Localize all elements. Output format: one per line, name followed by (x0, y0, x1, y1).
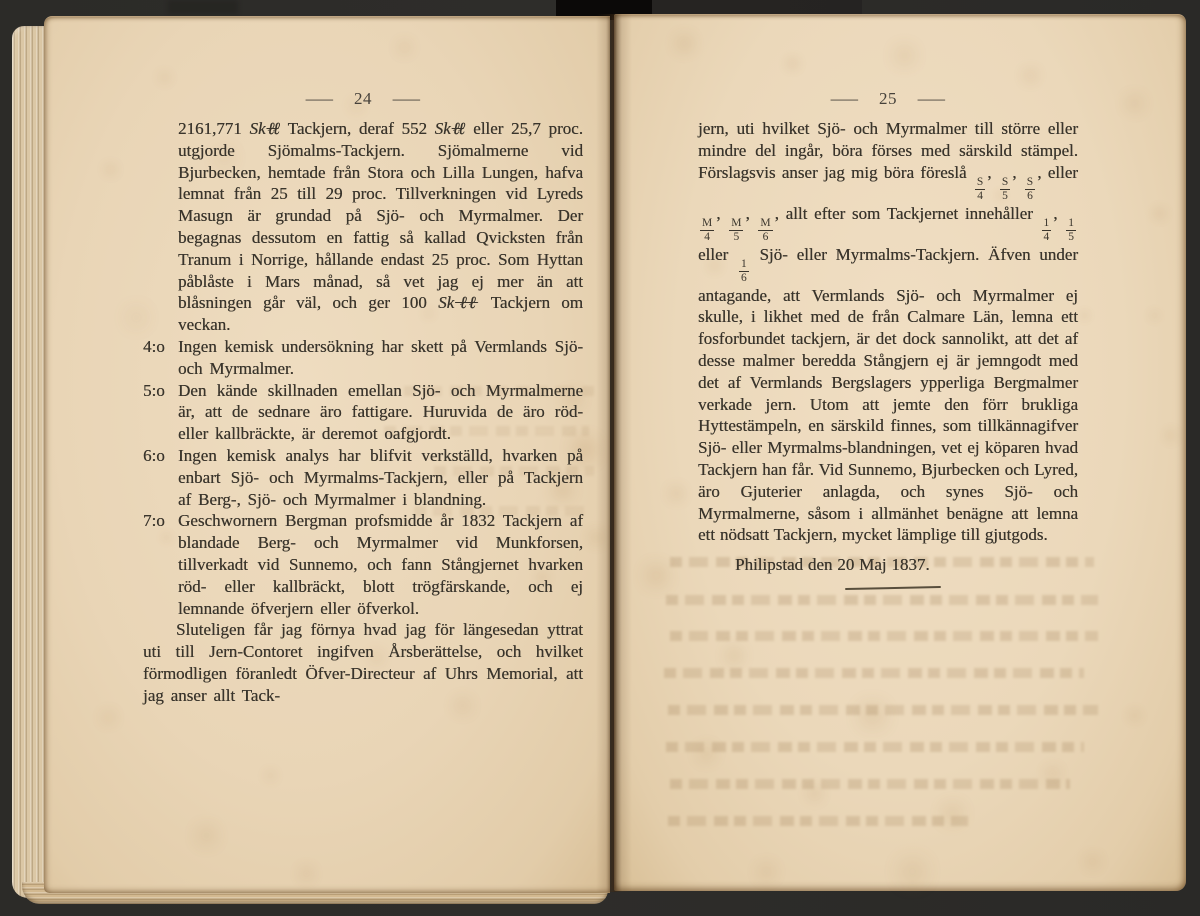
bleedthrough-line (666, 742, 1084, 752)
page-25-header: — 25 — (698, 89, 1078, 109)
bleedthrough-line (670, 631, 1098, 641)
page-24-header: — 24 — (143, 89, 583, 109)
list-item-text: Ingen kemisk analys har blifvit verkstäl… (178, 445, 583, 510)
page-24: — 24 — 2161,771 Skℓℓ Tackjern, deraf 552… (44, 16, 610, 893)
list-item-marker: 6:o (143, 445, 178, 510)
paragraph-continuation: 2161,771 Skℓℓ Tackjern, deraf 552 Skℓℓ e… (178, 118, 583, 336)
page-number-24: 24 (354, 89, 372, 109)
page-24-text-column: 2161,771 Skℓℓ Tackjern, deraf 552 Skℓℓ e… (143, 118, 583, 707)
foxing-stains (614, 15, 615, 16)
closing-paragraph: Sluteligen får jag förnya hvad jag för l… (143, 619, 583, 706)
header-dash-right: — (918, 89, 946, 109)
list-item-6: 6:o Ingen kemisk analys har blifvit verk… (143, 445, 583, 510)
header-dash-left: — (305, 89, 333, 109)
list-item-marker: 4:o (143, 336, 178, 380)
background-streak (168, 0, 238, 14)
foxing-stains (44, 17, 45, 18)
list-item-text: Geschwornern Bergman profsmidde år 1832 … (178, 510, 583, 619)
list-item-text: Ingen kemisk undersökning har skett på V… (178, 336, 583, 380)
page-number-25: 25 (879, 89, 897, 109)
bleedthrough-line (668, 705, 1098, 715)
list-item-text: Den kände skillnaden emellan Sjö- och My… (178, 380, 583, 445)
dateline: Philipstad den 20 Maj 1837. (735, 554, 1078, 576)
bleedthrough-line (670, 779, 1070, 789)
page-25: — 25 — jern, uti hvilket Sjö- och Myrmal… (614, 14, 1186, 891)
list-item-4: 4:o Ingen kemisk undersökning har skett … (143, 336, 583, 380)
list-item-marker: 5:o (143, 380, 178, 445)
header-dash-left: — (830, 89, 858, 109)
bleedthrough-line (666, 595, 1098, 605)
lead-paragraph: jern, uti hvilket Sjö- och Myrmalmer til… (698, 118, 1078, 546)
book-spread-photo: — 24 — 2161,771 Skℓℓ Tackjern, deraf 552… (0, 0, 1200, 916)
bleedthrough-line (668, 816, 968, 826)
page-25-text-column: jern, uti hvilket Sjö- och Myrmalmer til… (698, 118, 1078, 576)
list-item-marker: 7:o (143, 510, 178, 619)
list-item-5: 5:o Den kände skillnaden emellan Sjö- oc… (143, 380, 583, 445)
list-item-7: 7:o Geschwornern Bergman profsmidde år 1… (143, 510, 583, 619)
section-divider-rule (845, 586, 941, 590)
header-dash-right: — (393, 89, 421, 109)
bleedthrough-line (664, 668, 1084, 678)
